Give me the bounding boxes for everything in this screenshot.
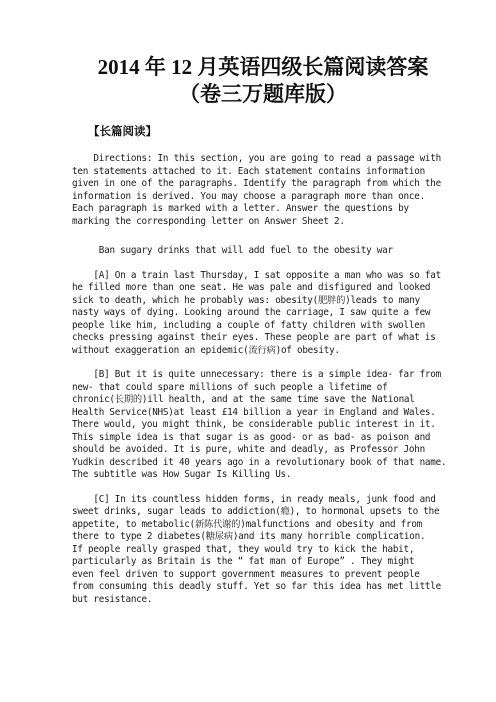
passage-paragraph-a: [A] On a train last Thursday, I sat oppo…: [72, 270, 456, 358]
passage-heading: Ban sugary drinks that will add fuel to …: [72, 245, 456, 258]
document-page: 2014 年 12 月英语四级长篇阅读答案（卷三万题库版） 【长篇阅读】 Dir…: [0, 0, 496, 702]
passage-paragraph-c: [C] In its countless hidden forms, in re…: [72, 494, 456, 607]
document-content: 2014 年 12 月英语四级长篇阅读答案（卷三万题库版） 【长篇阅读】 Dir…: [0, 0, 496, 606]
document-title-line2: （卷三万题库版）: [179, 82, 347, 106]
passage-paragraph-b: [B] But it is quite unnecessary: there i…: [72, 369, 456, 482]
document-title-line1: 2014 年 12 月英语四级长篇阅读答案: [98, 55, 429, 79]
section-label: 【长篇阅读】: [72, 123, 444, 139]
directions-paragraph: Directions: In this section, you are goi…: [72, 153, 456, 228]
document-title: 2014 年 12 月英语四级长篇阅读答案（卷三万题库版）: [82, 54, 444, 108]
